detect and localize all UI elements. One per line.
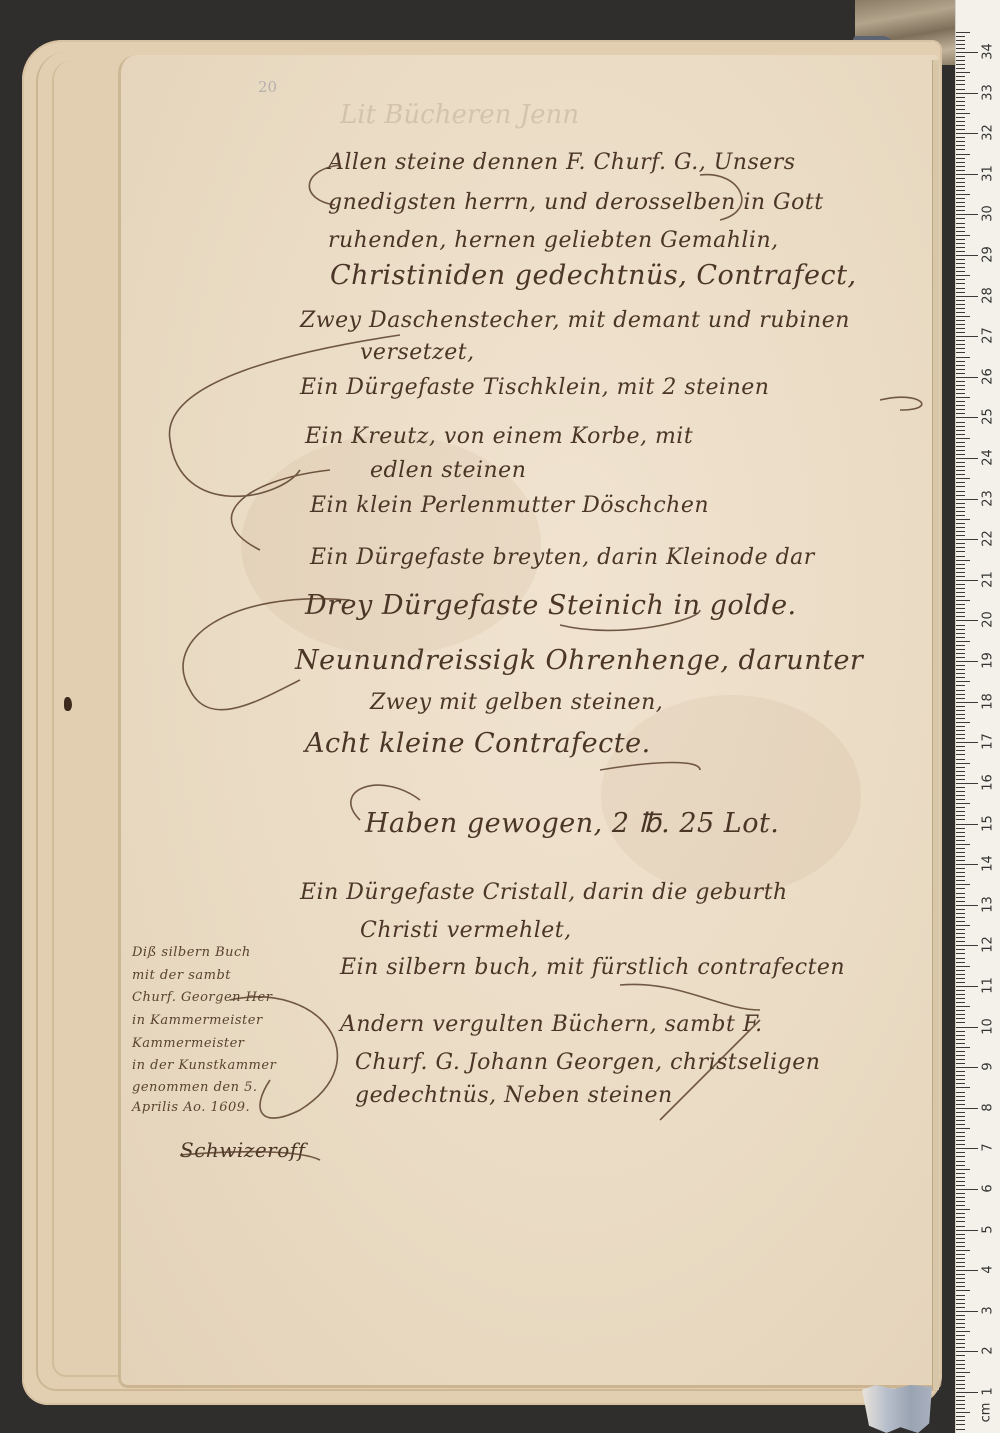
ruler-tick [956,978,965,979]
ruler-tick [956,848,965,849]
ruler-tick [956,584,965,585]
ruler-tick [956,515,965,516]
ruler-tick [956,202,965,203]
ruler-tick [956,275,970,276]
ruler-tick [956,710,965,711]
ruler-tick [956,625,965,626]
ruler-tick [956,300,965,301]
ruler-tick [956,1169,970,1170]
ruler-tick [956,129,965,130]
ruler-label: 24 [981,448,996,468]
ruler-tick [956,1002,965,1003]
margin-note-line: Churf. Georgen Her [132,990,272,1005]
ruler-tick [956,767,965,768]
ruler-tick [956,949,965,950]
ruler-tick [956,1258,965,1259]
paper-stain [601,695,861,895]
ruler-tick [956,852,965,853]
ruler-tick [956,1205,965,1206]
ruler-tick [956,101,965,102]
text-line: Ein silbern buch, mit fürstlich contrafe… [340,955,845,980]
ruler-tick [956,937,965,938]
ruler-tick [956,1290,970,1291]
ruler-tick [956,1424,965,1425]
ruler-tick [956,1092,965,1093]
ruler-label: 26 [981,366,996,386]
ruler-tick [956,681,970,682]
ruler-tick [956,308,965,309]
ruler-label: 27 [981,326,996,346]
ruler-tick [956,149,965,150]
folio-number: 20 [258,78,277,96]
ruler-tick [956,840,965,841]
ruler-label: 22 [981,529,996,549]
ruler-label: 18 [981,691,996,711]
ruler-tick [956,1408,965,1409]
ruler-tick [956,491,965,492]
ruler-tick [956,68,965,69]
ruler-tick [956,1351,978,1352]
text-line: Churf. G. Johann Georgen, christseligen [355,1050,820,1075]
ruler-tick [956,1006,970,1007]
ruler-tick [956,1307,965,1308]
ruler-tick [956,1420,965,1421]
ruler-tick [956,1246,965,1247]
ruler-tick [956,235,970,236]
ruler-tick [956,109,965,110]
ruler-tick [956,409,965,410]
ruler-tick [956,795,965,796]
ruler-tick [956,1376,965,1377]
text-line: ruhenden, hernen geliebten Gemahlin, [328,228,779,253]
ruler-tick [956,72,970,73]
ruler-tick [956,722,970,723]
ruler-tick [956,730,965,731]
ruler-tick [956,243,965,244]
ruler-tick [956,458,978,459]
ruler-tick [956,259,965,260]
text-line: versetzet, [360,340,475,365]
ruler-tick [956,145,965,146]
ruler-tick [956,1128,970,1129]
ruler-tick [956,133,978,134]
text-line: edlen steinen [370,458,526,483]
ruler-tick [956,539,978,540]
ruler-tick [956,893,965,894]
ruler-tick [956,884,970,885]
ruler-tick [956,1266,965,1267]
ruler-tick [956,1404,965,1405]
ruler-tick [956,1043,965,1044]
ruler-tick [956,466,965,467]
ruler-tick [956,657,965,658]
ruler-tick [956,982,965,983]
ruler-label: 6 [981,1178,996,1198]
ruler-tick [956,1282,965,1283]
ruler-tick [956,1416,965,1417]
ruler-tick [956,263,965,264]
ruler-tick [956,945,978,946]
ruler-label: 23 [981,488,996,508]
ruler-label: 25 [981,407,996,427]
bleed-through-heading: Lit Bücheren Jenn [340,100,579,130]
text-line: Christi vermehlet, [360,918,572,943]
ruler-tick [956,750,965,751]
ruler-tick [956,1116,965,1117]
ruler-tick [956,1051,965,1052]
ruler-tick [956,1238,965,1239]
ruler-tick [956,1230,978,1231]
ruler-tick [956,775,965,776]
ruler-tick [956,836,965,837]
ruler-tick [956,227,965,228]
ruler-tick [956,438,970,439]
ruler-tick [956,44,965,45]
ruler-tick [956,1412,970,1413]
ruler-tick [956,1087,970,1088]
ruler-tick [956,698,965,699]
ruler-tick [956,742,978,743]
ruler-tick [956,1384,965,1385]
ruler-tick [956,288,965,289]
ruler-tick [956,1392,978,1393]
ruler-tick [956,1217,965,1218]
ruler-tick [956,588,965,589]
ruler-tick [956,1079,965,1080]
ruler-tick [956,511,965,512]
ruler-label: 2 [981,1341,996,1361]
ruler-tick [956,1022,965,1023]
ruler-tick [956,677,965,678]
ruler-tick [956,547,965,548]
ruler-tick [956,422,965,423]
text-line: Ein Dürgefaste breyten, darin Kleinode d… [310,545,815,570]
ruler-tick [956,799,965,800]
ruler-label: 4 [981,1260,996,1280]
ruler-tick [956,271,965,272]
ruler-tick [956,1185,965,1186]
ruler-tick [956,998,965,999]
ruler-tick [956,1018,965,1019]
ruler-tick [956,125,965,126]
ruler-tick [956,105,965,106]
ruler-tick [956,482,965,483]
ruler-tick [956,357,970,358]
ruler-tick [956,1014,965,1015]
ruler-tick [956,348,965,349]
ruler-tick [956,247,965,248]
ruler-tick [956,1286,965,1287]
ruler-label: 19 [981,651,996,671]
ruler-tick [956,714,965,715]
ruler-tick [956,1213,965,1214]
ruler-tick [956,1173,965,1174]
ruler-tick [956,1010,965,1011]
ruler-tick [956,304,965,305]
ruler-label: 21 [981,569,996,589]
ruler-tick [956,1270,978,1271]
ruler-tick [956,994,965,995]
ruler-tick [956,89,965,90]
ruler-tick [956,641,970,642]
ruler-label: 7 [981,1138,996,1158]
ruler-tick [956,596,965,597]
ruler-tick [956,1335,965,1336]
ruler-label: 30 [981,204,996,224]
ruler-tick [956,734,965,735]
signature: Schwizeroff [180,1138,306,1162]
ruler-tick [956,413,965,414]
ruler-tick [956,296,978,297]
ruler-tick [956,953,965,954]
ruler-tick [956,1380,965,1381]
ruler-tick [956,1039,965,1040]
ruler-tick [956,905,978,906]
ruler-tick [956,819,965,820]
ruler-tick [956,194,970,195]
text-line: Drey Dürgefaste Steinich in golde. [305,590,797,621]
ruler-tick [956,962,965,963]
ruler-tick [956,535,965,536]
ruler-tick [956,251,965,252]
ruler-tick [956,1055,965,1056]
ruler-tick [956,1181,965,1182]
ruler-tick [956,474,965,475]
ruler-tick [956,1177,965,1178]
ruler-tick [956,170,965,171]
ruler-tick [956,332,965,333]
ruler-tick [956,60,965,61]
text-line: Zwey Daschenstecher, mit demant und rubi… [300,308,850,333]
ruler-label: 34 [981,42,996,62]
ruler-tick [956,137,965,138]
ruler-tick [956,986,978,987]
ruler-tick [956,1063,965,1064]
ruler-tick [956,560,970,561]
ruler-label: 28 [981,285,996,305]
ruler-tick [956,1368,965,1369]
ruler-tick [956,426,965,427]
ruler-tick [956,1347,965,1348]
ruler-tick [956,523,965,524]
ruler-tick [956,917,965,918]
ruler-tick [956,454,965,455]
ruler-tick [956,52,978,53]
ruler-tick [956,576,965,577]
ruler-tick [956,1372,970,1373]
ruler-tick [956,572,965,573]
ruler-tick [956,1278,965,1279]
ruler-tick [956,1104,965,1105]
ruler-tick [956,880,965,881]
page-fore-edge [932,60,939,1390]
ruler-tick [956,198,965,199]
ruler-tick [956,336,978,337]
ruler-tick [956,1396,965,1397]
ruler-tick [956,1161,965,1162]
ruler-tick [956,1136,965,1137]
ruler-tick [956,1108,978,1109]
ruler-tick [956,470,965,471]
ruler-tick [956,218,965,219]
ruler-tick [956,604,965,605]
ruler-tick [956,779,965,780]
scale-ruler: cm 1234567891011121314151617181920212223… [955,0,1000,1433]
ruler-tick [956,1343,965,1344]
ruler-tick [956,328,965,329]
ruler-tick [956,633,965,634]
ruler-tick [956,1096,965,1097]
ruler-tick [956,1031,965,1032]
ruler-tick [956,389,965,390]
ruler-tick [956,48,965,49]
ruler-tick [956,1311,978,1312]
ruler-tick [956,1327,965,1328]
ruler-tick [956,665,965,666]
ruler-tick [956,564,965,565]
ruler-tick [956,316,970,317]
ruler-tick [956,320,965,321]
ruler-tick [956,568,965,569]
ruler-tick [956,56,965,57]
ruler-label: 8 [981,1097,996,1117]
ink-blot [64,697,72,711]
ruler-label: 16 [981,772,996,792]
ruler-tick [956,1400,965,1401]
text-line: Ein Kreutz, von einem Korbe, mit [305,424,693,449]
ruler-tick [956,1295,965,1296]
ruler-label: 14 [981,854,996,874]
ruler-tick [956,1274,965,1275]
ruler-tick [956,763,970,764]
ruler-tick [956,787,965,788]
ruler-label: 13 [981,894,996,914]
ruler-tick [956,1429,965,1430]
ruler-tick [956,267,965,268]
ruler-tick [956,1197,965,1198]
text-line: Ein klein Perlenmutter Döschchen [310,493,709,518]
ruler-tick [956,255,978,256]
ruler-unit-label: cm [978,1403,993,1423]
text-line: Christiniden gedechtnüs, Contrafect, [330,260,857,291]
ruler-label: 29 [981,245,996,265]
ruler-tick [956,645,965,646]
ruler-tick [956,1339,965,1340]
ruler-tick [956,231,965,232]
ruler-tick [956,832,965,833]
ruler-label: 31 [981,163,996,183]
ruler-tick [956,113,970,114]
ruler-tick [956,373,965,374]
ruler-tick [956,872,965,873]
ruler-tick [956,190,965,191]
ruler-tick [956,1156,965,1157]
ruler-tick [956,210,965,211]
ruler-tick [956,381,965,382]
ruler-tick [956,1047,970,1048]
ruler-tick [956,182,965,183]
ruler-tick [956,556,965,557]
margin-note-line: mit der sambt [132,968,231,983]
ruler-tick [956,1234,965,1235]
ruler-tick [956,600,970,601]
ruler-tick [956,759,965,760]
ruler-tick [956,503,965,504]
ruler-tick [956,462,965,463]
ruler-tick [956,417,978,418]
ruler-tick [956,1303,965,1304]
ruler-tick [956,771,965,772]
ruler-tick [956,1201,965,1202]
ruler-tick [956,1059,965,1060]
ruler-tick [956,616,965,617]
text-line: Ein Dürgefaste Tischklein, mit 2 steinen [300,375,769,400]
ruler-tick [956,970,965,971]
ruler-tick [956,1083,965,1084]
ruler-tick [956,344,965,345]
ruler-label: 1 [981,1382,996,1402]
ruler-tick [956,324,965,325]
ruler-tick [956,162,965,163]
ruler-tick [956,401,965,402]
ruler-tick [956,1067,978,1068]
ruler-tick [956,702,978,703]
margin-note-line: genommen den 5. [132,1080,258,1095]
ruler-tick [956,1315,965,1316]
ruler-tick [956,361,965,362]
ruler-tick [956,966,970,967]
ruler-tick [956,223,965,224]
ruler-label: 20 [981,610,996,630]
ruler-tick [956,1148,978,1149]
ruler-tick [956,1323,965,1324]
ruler-tick [956,174,978,175]
margin-note-line: Diß silbern Buch [132,945,251,960]
ruler-tick [956,909,965,910]
ruler-tick [956,592,965,593]
ruler-label: 11 [981,975,996,995]
ruler-tick [956,860,965,861]
ruler-tick [956,1355,965,1356]
ruler-tick [956,580,978,581]
ruler-tick [956,1112,965,1113]
ruler-tick [956,1152,965,1153]
ruler-tick [956,690,965,691]
ruler-tick [956,913,965,914]
ruler-tick [956,876,965,877]
text-line: Haben gewogen, 2 ℔. 25 Lot. [365,808,779,839]
ruler-tick [956,673,965,674]
ruler-tick [956,1124,965,1125]
ruler-label: 5 [981,1219,996,1239]
ruler-tick [956,397,970,398]
ruler-tick [956,637,965,638]
ruler-tick [956,783,978,784]
ruler-tick [956,1075,965,1076]
ruler-tick [956,694,965,695]
ruler-tick [956,1120,965,1121]
ruler-tick [956,158,965,159]
ruler-label: 17 [981,732,996,752]
ruler-tick [956,1360,965,1361]
text-line: Allen steine dennen F. Churf. G., Unsers [328,150,796,175]
ruler-tick [956,1140,965,1141]
ruler-tick [956,214,978,215]
ruler-tick [956,279,965,280]
ruler-tick [956,543,965,544]
ruler-tick [956,499,978,500]
ruler-tick [956,442,965,443]
